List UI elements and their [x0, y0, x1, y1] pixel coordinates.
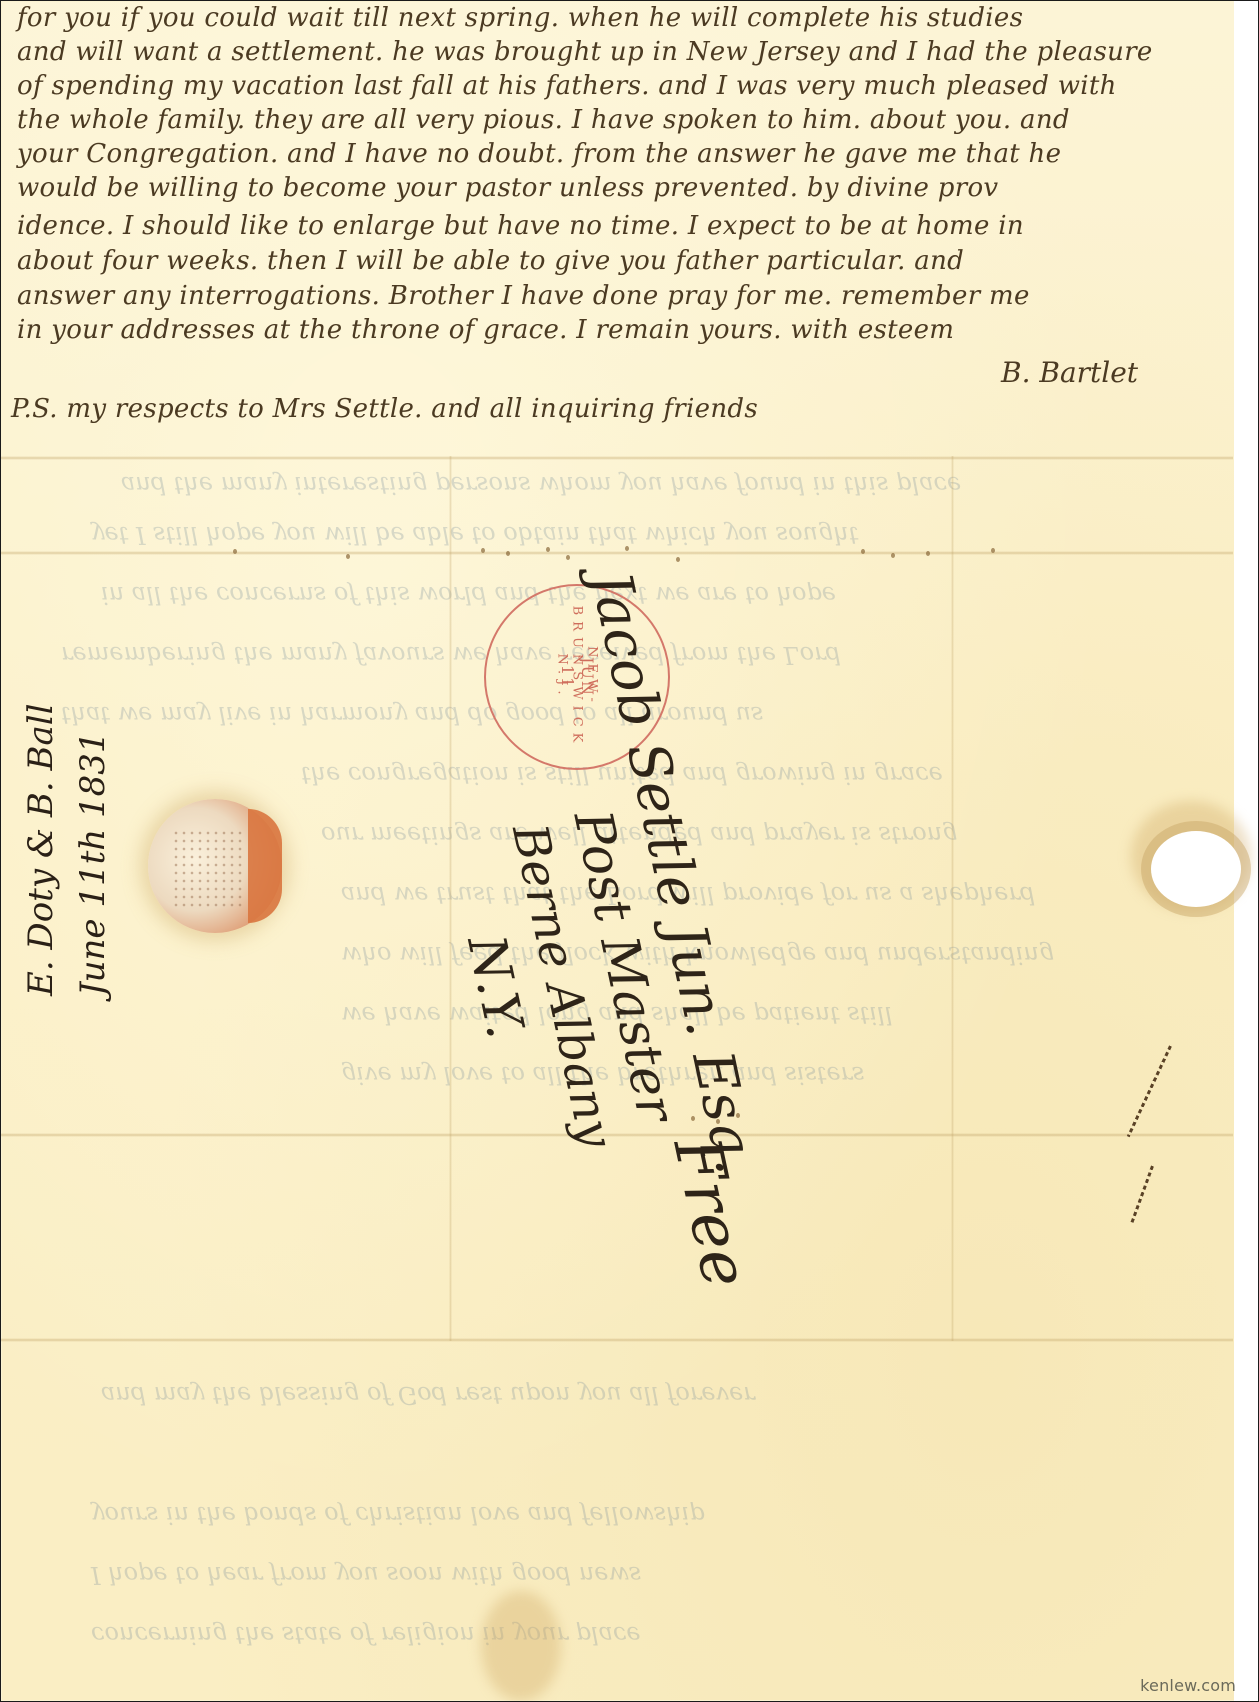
docket-names: E. Doty & B. Ball — [21, 703, 61, 996]
letter-line: your Congregation. and I have no doubt. … — [17, 139, 1061, 169]
fold-line — [1, 551, 1233, 555]
fold-line — [1, 1338, 1233, 1342]
wax-seal — [148, 799, 282, 933]
fold-line — [1, 456, 1233, 460]
letter-line: the whole family. they are all very piou… — [17, 105, 1070, 135]
show-through-text: yet I still hope you will be able to obt… — [91, 521, 858, 549]
torn-hole — [1151, 831, 1241, 907]
letter-scan-frame: and the many interesting persons whom yo… — [0, 0, 1259, 1702]
show-through-text: and may the blessing of God rest upon yo… — [101, 1381, 755, 1409]
fold-line — [449, 456, 452, 1341]
postmark-date: JUN 11 — [557, 657, 597, 697]
fold-line — [951, 456, 954, 1341]
show-through-text: in all the concerns of this world and th… — [101, 581, 836, 609]
letter-line: of spending my vacation last fall at his… — [17, 71, 1117, 101]
docket-date: June 11th 1831 — [73, 731, 113, 996]
postscript: P.S. my respects to Mrs Settle. and all … — [11, 394, 758, 424]
letter-line: would be willing to become your pastor u… — [17, 173, 998, 203]
stain — [481, 1591, 561, 1701]
letter-line: in your addresses at the throne of grace… — [17, 315, 954, 345]
show-through-text: yours in the bonds of christian love and… — [91, 1501, 705, 1529]
signature: B. Bartlet — [1001, 356, 1138, 389]
watermark: kenlew.com — [1140, 1676, 1236, 1695]
letter-line: and will want a settlement. he was broug… — [17, 37, 1153, 67]
letter-line: answer any interrogations. Brother I hav… — [17, 281, 1030, 311]
letter-line: for you if you could wait till next spri… — [17, 3, 1023, 33]
letter-line: idence. I should like to enlarge but hav… — [17, 211, 1024, 241]
show-through-text: I hope to hear from you soon with good n… — [91, 1561, 641, 1589]
show-through-text: and the many interesting persons whom yo… — [121, 471, 961, 499]
letter-line: about four weeks. then I will be able to… — [17, 246, 964, 276]
